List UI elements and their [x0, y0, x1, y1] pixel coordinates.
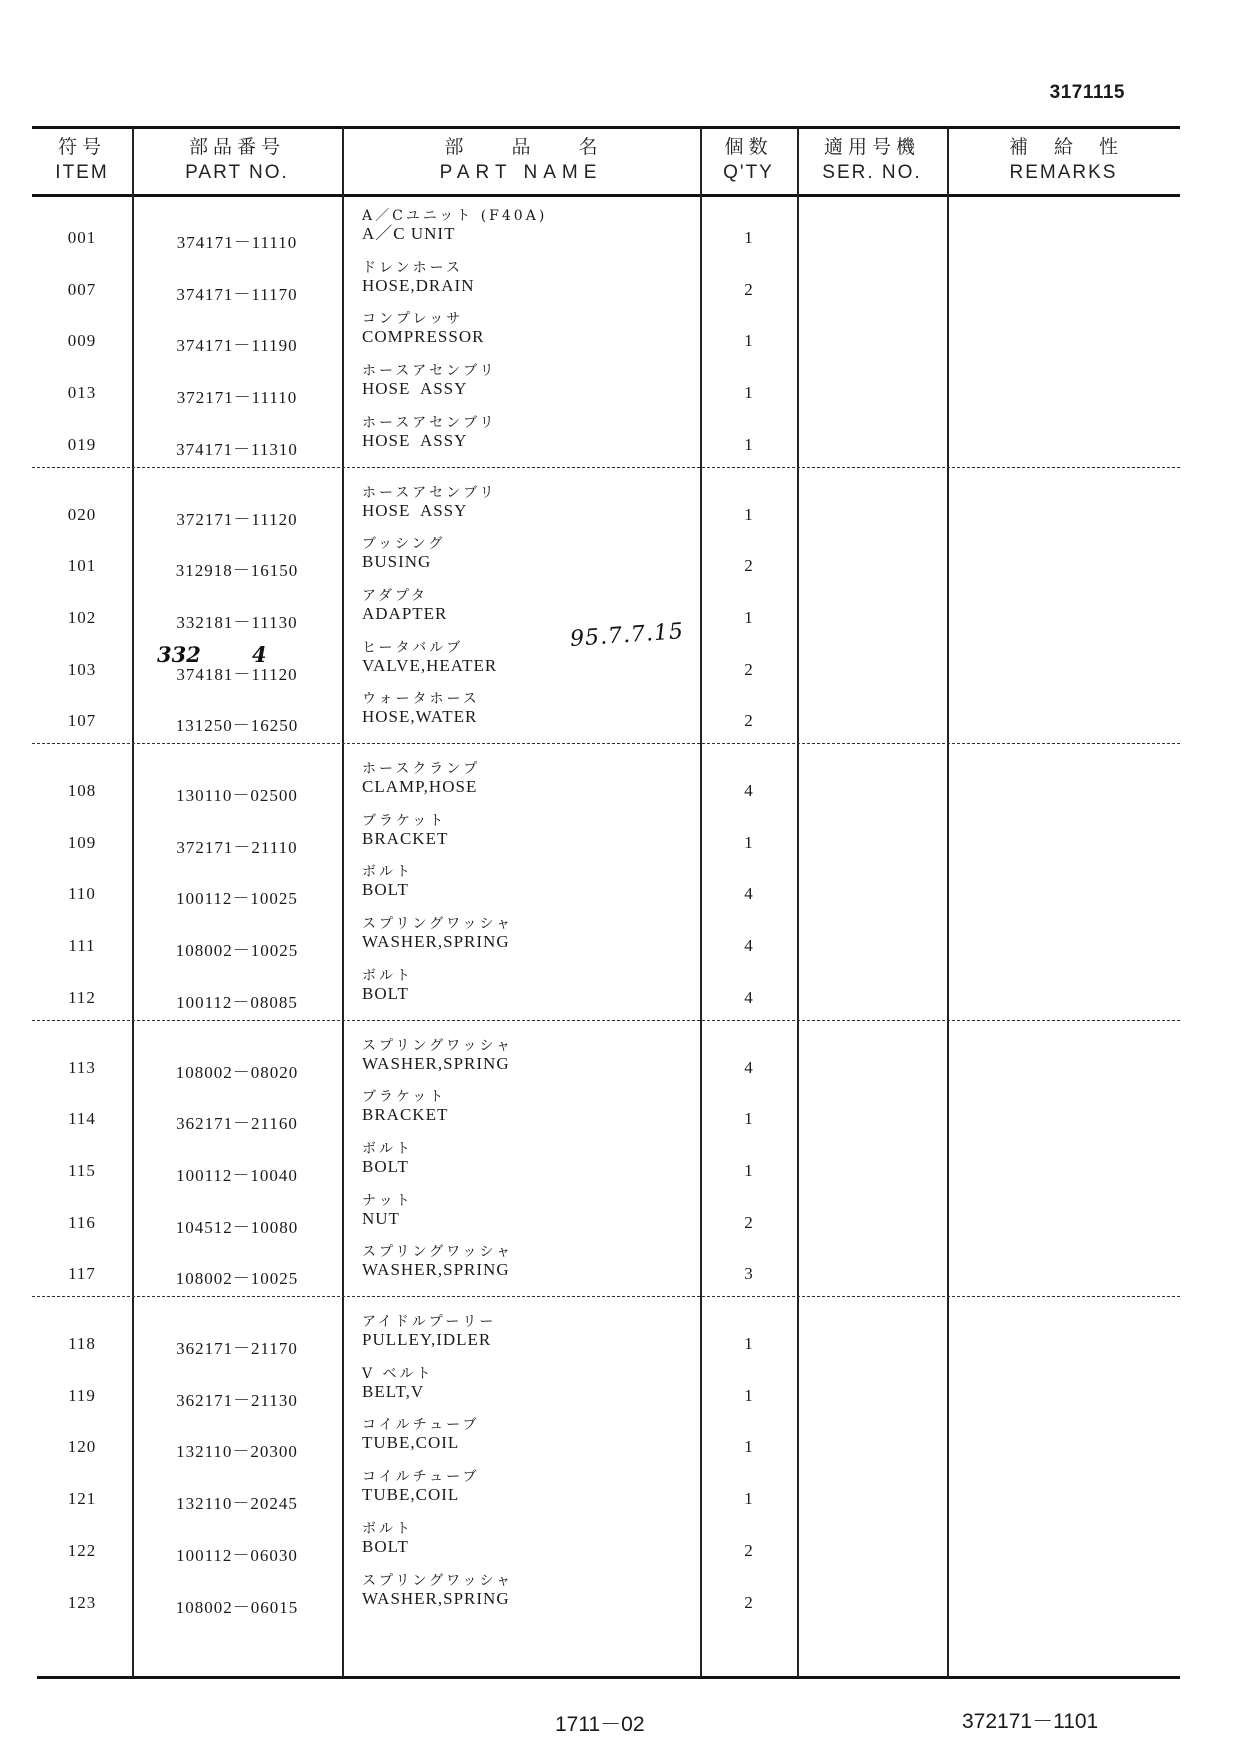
part-name-jp: V ベルト [362, 1366, 434, 1383]
quantity: 2 [700, 1213, 797, 1233]
quantity: 4 [700, 884, 797, 904]
table-row: 013372171－111101ホースアセンブリHOSE ASSY [32, 359, 1180, 411]
part-name-en: HOSE ASSY [362, 380, 497, 397]
part-name: ボルトBOLT [362, 1141, 413, 1175]
part-name: スプリングワッシャWASHER,SPRING [362, 1244, 513, 1278]
part-name-jp: ブラケット [362, 813, 448, 830]
quantity: 1 [700, 833, 797, 853]
quantity: 1 [700, 1489, 797, 1509]
item-number: 001 [32, 228, 132, 248]
part-name: スプリングワッシャWASHER,SPRING [362, 1573, 513, 1607]
table-row: 107131250－162502ウォータホースHOSE,WATER [32, 687, 1180, 739]
part-number: 100112－10025 [132, 884, 342, 909]
table-row: 116104512－100802ナットNUT [32, 1189, 1180, 1241]
item-number: 101 [32, 556, 132, 576]
item-number: 122 [32, 1541, 132, 1561]
part-name-en: PULLEY,IDLER [362, 1331, 496, 1348]
quantity: 4 [700, 1058, 797, 1078]
quantity: 1 [700, 1109, 797, 1129]
part-number: 372171－11110 [132, 383, 342, 408]
header-item: 符号 ITEM [32, 134, 132, 192]
header-ser-no-en: SER. NO. [797, 160, 947, 186]
part-name: ウォータホースHOSE,WATER [362, 691, 480, 725]
item-number: 107 [32, 711, 132, 731]
item-number: 112 [32, 988, 132, 1008]
part-number: 132110－20300 [132, 1437, 342, 1462]
table-row: 110100112－100254ボルトBOLT [32, 860, 1180, 912]
item-number: 116 [32, 1213, 132, 1233]
table-row: 020372171－111201ホースアセンブリHOSE ASSY [32, 481, 1180, 533]
header-ser-no: 適用号機 SER. NO. [797, 134, 947, 192]
part-name-jp: ブッシング [362, 536, 445, 553]
part-number: 332181－11130 [132, 608, 342, 633]
quantity: 1 [700, 435, 797, 455]
table-row: 123108002－060152スプリングワッシャWASHER,SPRING [32, 1569, 1180, 1621]
part-number: 374171－11110 [132, 228, 342, 253]
part-number: 372171－11120 [132, 505, 342, 530]
table-row: 108130110－025004ホースクランプCLAMP,HOSE [32, 757, 1180, 809]
part-name: A／Cユニット (F40A)A／C UNIT [362, 208, 547, 242]
part-name-en: BUSING [362, 553, 445, 570]
part-name-en: BOLT [362, 985, 413, 1002]
part-name-en: ADAPTER [362, 605, 447, 622]
part-name-en: BOLT [362, 881, 413, 898]
table-row: 120132110－203001コイルチューブTUBE,COIL [32, 1413, 1180, 1465]
group-separator [32, 1296, 1180, 1297]
part-name: ブッシングBUSING [362, 536, 445, 570]
part-name: ボルトBOLT [362, 864, 413, 898]
part-name-en: BOLT [362, 1158, 413, 1175]
table-row: 001374171－111101A／Cユニット (F40A)A／C UNIT [32, 204, 1180, 256]
part-name-en: VALVE,HEATER [362, 657, 497, 674]
table-row: 007374171－111702ドレンホースHOSE,DRAIN [32, 256, 1180, 308]
header-item-en: ITEM [32, 160, 132, 186]
quantity: 1 [700, 505, 797, 525]
part-name-en: CLAMP,HOSE [362, 778, 480, 795]
quantity: 2 [700, 711, 797, 731]
header-item-jp: 符号 [32, 134, 132, 160]
item-number: 110 [32, 884, 132, 904]
part-number: 362171－21160 [132, 1109, 342, 1134]
group-separator [32, 743, 1180, 744]
part-name-jp: ボルト [362, 968, 413, 985]
quantity: 1 [700, 1161, 797, 1181]
part-name: コイルチューブTUBE,COIL [362, 1417, 479, 1451]
item-number: 123 [32, 1593, 132, 1613]
table-row: 009374171－111901コンプレッサCOMPRESSOR [32, 307, 1180, 359]
quantity: 1 [700, 331, 797, 351]
part-name-jp: ホースクランプ [362, 761, 480, 778]
quantity: 2 [700, 660, 797, 680]
item-number: 007 [32, 280, 132, 300]
item-number: 109 [32, 833, 132, 853]
part-name-jp: ボルト [362, 1521, 413, 1538]
header-part-no-en: PART NO. [132, 160, 342, 186]
part-name: ボルトBOLT [362, 968, 413, 1002]
quantity: 4 [700, 936, 797, 956]
part-name-jp: ナット [362, 1193, 413, 1210]
item-number: 121 [32, 1489, 132, 1509]
table-row: 119362171－211301V ベルトBELT,V [32, 1362, 1180, 1414]
header-remarks: 補給性 REMARKS [947, 134, 1180, 192]
quantity: 1 [700, 608, 797, 628]
quantity: 4 [700, 988, 797, 1008]
part-name-jp: ボルト [362, 864, 413, 881]
part-name: ドレンホースHOSE,DRAIN [362, 260, 474, 294]
part-name: ボルトBOLT [362, 1521, 413, 1555]
quantity: 1 [700, 383, 797, 403]
table-row: 113108002－080204スプリングワッシャWASHER,SPRING [32, 1034, 1180, 1086]
table-row: 114362171－211601ブラケットBRACKET [32, 1085, 1180, 1137]
part-number: 374171－11310 [132, 435, 342, 460]
part-name-jp: コイルチューブ [362, 1469, 479, 1486]
part-name-jp: コイルチューブ [362, 1417, 479, 1434]
part-name: スプリングワッシャWASHER,SPRING [362, 916, 513, 950]
part-name: ホースアセンブリHOSE ASSY [362, 363, 497, 397]
part-number: 108002－10025 [132, 936, 342, 961]
handwritten-correction-digit: 4 [252, 642, 267, 667]
part-name: ホースクランプCLAMP,HOSE [362, 761, 480, 795]
part-name: ホースアセンブリHOSE ASSY [362, 415, 497, 449]
part-number: 100112－08085 [132, 988, 342, 1013]
table-bottom-rule [37, 1676, 1180, 1679]
handwritten-correction-prefix: 332 [157, 642, 201, 667]
part-name: ヒータバルブVALVE,HEATER [362, 640, 497, 674]
item-number: 114 [32, 1109, 132, 1129]
part-name-jp: アダプタ [362, 588, 447, 605]
quantity: 1 [700, 1386, 797, 1406]
part-name-jp: コンプレッサ [362, 311, 484, 328]
header-remarks-en: REMARKS [947, 160, 1180, 186]
parts-table: 符号 ITEM 部品番号 PART NO. 部品名 PART NAME 個数 Q… [32, 126, 1180, 1678]
header-qty-jp: 個数 [700, 134, 797, 160]
part-number: 362171－21130 [132, 1386, 342, 1411]
part-name-jp: ウォータホース [362, 691, 480, 708]
header-bottom-rule [32, 194, 1180, 197]
part-name-jp: ホースアセンブリ [362, 485, 497, 502]
part-number: 100112－06030 [132, 1541, 342, 1566]
quantity: 1 [700, 228, 797, 248]
header-ser-no-jp: 適用号機 [797, 134, 947, 160]
item-number: 111 [32, 936, 132, 956]
part-name-jp: ホースアセンブリ [362, 415, 497, 432]
item-number: 120 [32, 1437, 132, 1457]
header-part-name-en: PART NAME [342, 160, 700, 186]
part-name: アダプタADAPTER [362, 588, 447, 622]
quantity: 2 [700, 556, 797, 576]
table-row: 112100112－080854ボルトBOLT [32, 964, 1180, 1016]
item-number: 102 [32, 608, 132, 628]
item-number: 009 [32, 331, 132, 351]
table-row: 117108002－100253スプリングワッシャWASHER,SPRING [32, 1240, 1180, 1292]
table-row: 118362171－211701アイドルプーリーPULLEY,IDLER [32, 1310, 1180, 1362]
table-top-rule [32, 126, 1180, 129]
part-name-jp: アイドルプーリー [362, 1314, 496, 1331]
part-name-en: NUT [362, 1210, 413, 1227]
header-qty-en: Q'TY [700, 160, 797, 186]
part-name-en: HOSE ASSY [362, 502, 497, 519]
item-number: 020 [32, 505, 132, 525]
part-name-en: HOSE,DRAIN [362, 277, 474, 294]
item-number: 119 [32, 1386, 132, 1406]
part-name: コンプレッサCOMPRESSOR [362, 311, 484, 345]
quantity: 1 [700, 1334, 797, 1354]
part-name-en: A／C UNIT [362, 225, 547, 242]
part-name: ブラケットBRACKET [362, 813, 448, 847]
part-name-en: WASHER,SPRING [362, 1055, 513, 1072]
footer-assembly-code: 372171－1101 [962, 1705, 1098, 1735]
part-name-en: HOSE,WATER [362, 708, 480, 725]
table-row: 115100112－100401ボルトBOLT [32, 1137, 1180, 1189]
part-name-jp: ホースアセンブリ [362, 363, 497, 380]
group-separator [32, 467, 1180, 468]
part-name-jp: ドレンホース [362, 260, 474, 277]
part-name-en: WASHER,SPRING [362, 933, 513, 950]
part-name: ブラケットBRACKET [362, 1089, 448, 1123]
part-name-en: COMPRESSOR [362, 328, 484, 345]
table-row: 019374171－113101ホースアセンブリHOSE ASSY [32, 411, 1180, 463]
table-row: 101312918－161502ブッシングBUSING [32, 532, 1180, 584]
part-name-jp: A／Cユニット (F40A) [362, 208, 547, 225]
part-number: 108002－08020 [132, 1058, 342, 1083]
part-name-jp: ブラケット [362, 1089, 448, 1106]
part-name: V ベルトBELT,V [362, 1366, 434, 1400]
part-number: 131250－16250 [132, 711, 342, 736]
item-number: 108 [32, 781, 132, 801]
part-number: 374171－11190 [132, 331, 342, 356]
part-name-en: BRACKET [362, 1106, 448, 1123]
quantity: 2 [700, 280, 797, 300]
part-name: ナットNUT [362, 1193, 413, 1227]
table-row: 111108002－100254スプリングワッシャWASHER,SPRING [32, 912, 1180, 964]
part-number: 374171－11170 [132, 280, 342, 305]
part-name-en: WASHER,SPRING [362, 1590, 513, 1607]
header-remarks-jp: 補給性 [947, 134, 1180, 160]
part-name-jp: スプリングワッシャ [362, 1038, 513, 1055]
part-name-jp: スプリングワッシャ [362, 916, 513, 933]
part-name: ホースアセンブリHOSE ASSY [362, 485, 497, 519]
part-name: アイドルプーリーPULLEY,IDLER [362, 1314, 496, 1348]
item-number: 113 [32, 1058, 132, 1078]
part-name-en: TUBE,COIL [362, 1486, 479, 1503]
footer-page-code: 1711－02 [555, 1708, 645, 1738]
quantity: 2 [700, 1593, 797, 1613]
header-part-no: 部品番号 PART NO. [132, 134, 342, 192]
part-number: 362171－21170 [132, 1334, 342, 1359]
header-qty: 個数 Q'TY [700, 134, 797, 192]
part-name-en: BELT,V [362, 1383, 434, 1400]
quantity: 4 [700, 781, 797, 801]
part-name-en: TUBE,COIL [362, 1434, 479, 1451]
part-name-jp: スプリングワッシャ [362, 1244, 513, 1261]
item-number: 118 [32, 1334, 132, 1354]
part-number: 130110－02500 [132, 781, 342, 806]
part-number: 104512－10080 [132, 1213, 342, 1238]
header-part-name-jp: 部品名 [342, 134, 700, 160]
part-name-en: HOSE ASSY [362, 432, 497, 449]
item-number: 115 [32, 1161, 132, 1181]
part-name-jp: ボルト [362, 1141, 413, 1158]
document-id: 3171115 [1020, 82, 1125, 104]
header-part-no-jp: 部品番号 [132, 134, 342, 160]
table-row: 121132110－202451コイルチューブTUBE,COIL [32, 1465, 1180, 1517]
part-name-jp: スプリングワッシャ [362, 1573, 513, 1590]
header-part-name: 部品名 PART NAME [342, 134, 700, 192]
group-separator [32, 1020, 1180, 1021]
part-name: コイルチューブTUBE,COIL [362, 1469, 479, 1503]
part-number: 312918－16150 [132, 556, 342, 581]
quantity: 1 [700, 1437, 797, 1457]
part-name-jp: ヒータバルブ [362, 640, 497, 657]
part-number: 372171－21110 [132, 833, 342, 858]
item-number: 013 [32, 383, 132, 403]
part-name-en: BOLT [362, 1538, 413, 1555]
part-name-en: BRACKET [362, 830, 448, 847]
part-number: 108002－10025 [132, 1264, 342, 1289]
item-number: 103 [32, 660, 132, 680]
part-number: 100112－10040 [132, 1161, 342, 1186]
part-name-en: WASHER,SPRING [362, 1261, 513, 1278]
part-name: スプリングワッシャWASHER,SPRING [362, 1038, 513, 1072]
table-row: 122100112－060302ボルトBOLT [32, 1517, 1180, 1569]
part-number: 108002－06015 [132, 1593, 342, 1618]
table-row: 109372171－211101ブラケットBRACKET [32, 809, 1180, 861]
part-number: 132110－20245 [132, 1489, 342, 1514]
item-number: 019 [32, 435, 132, 455]
quantity: 2 [700, 1541, 797, 1561]
quantity: 3 [700, 1264, 797, 1284]
item-number: 117 [32, 1264, 132, 1284]
